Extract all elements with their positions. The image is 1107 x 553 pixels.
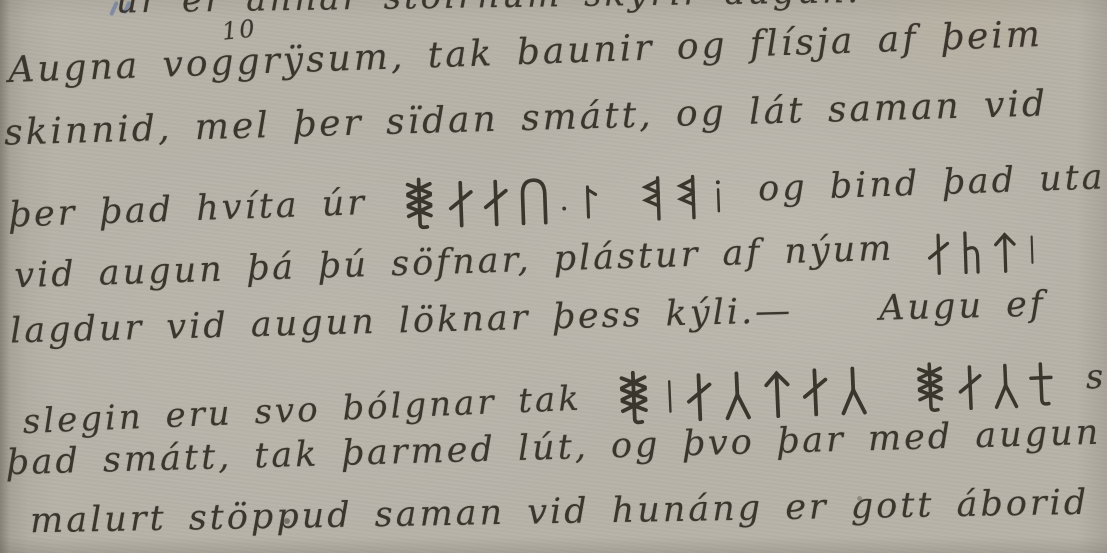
rune-ar-icon [477, 173, 514, 228]
runic-cipher-word [608, 359, 874, 426]
handwritten-text: Augna voggrÿsum, tak baunir og flísja af… [8, 14, 1044, 91]
runic-cipher-word [394, 170, 603, 231]
text-gap [816, 320, 880, 322]
rune-iflag-icon [572, 170, 603, 225]
handwritten-text: lagdur vid augun löknar þess kýli.— [10, 291, 794, 351]
rune-flag2-icon [670, 170, 707, 221]
rune-ar-icon [952, 359, 988, 412]
manuscript-line: ur er annar stöirnum skyrir augun.— [116, 0, 899, 21]
rune-idot-icon [705, 169, 731, 220]
runic-cipher-word [922, 225, 1042, 277]
manuscript-line: malurt stöppud saman vid hunáng er gott … [30, 483, 1090, 541]
rune-ar-icon [922, 228, 954, 277]
runic-cipher-word [635, 169, 731, 222]
rune-legs-icon [832, 359, 874, 417]
rune-tree3-icon [394, 175, 444, 231]
rune-tyr-icon [756, 363, 798, 421]
handwritten-text: ur er annar stöirnum skyrir augun.— [116, 0, 899, 21]
rune-legs-icon [716, 364, 758, 422]
rune-ar-icon [796, 361, 834, 418]
runic-cipher-word [906, 356, 1059, 414]
handwritten-text: Augu ef [879, 284, 1047, 328]
rune-itall-icon [657, 367, 682, 424]
handwritten-text: skinnid, mel þer sïdan smátt, og lát sam… [4, 83, 1049, 153]
rune-flag2-icon [635, 171, 672, 222]
manuscript-line: lagdur vid augun löknar þess kýli.— Augu… [10, 284, 1047, 351]
handwritten-text: malurt stöppud saman vid hunáng er gott … [30, 483, 1090, 541]
manuscript-page: 10 ur er annar stöirnum skyrir augun.— A… [0, 0, 1107, 553]
rune-dot-icon [553, 171, 574, 226]
rune-tyr-icon [987, 226, 1022, 275]
manuscript-line: skinnid, mel þer sïdan smátt, og lát sam… [4, 83, 1049, 153]
rune-itall-icon [1021, 225, 1042, 274]
rune-ur-icon [512, 172, 555, 227]
handwritten-text: þer þad hvíta úr [8, 183, 368, 235]
rune-pluscurl-icon [1023, 356, 1059, 409]
handwritten-text: skèr [1085, 354, 1107, 398]
rune-tree3-icon [906, 360, 954, 414]
rune-ar-icon [680, 366, 718, 423]
rune-hook-icon [953, 227, 988, 276]
rune-ar-icon [442, 174, 479, 229]
rune-tree3-icon [608, 368, 659, 426]
handwritten-text: vid augun þá þú söfnar, plástur af nýum [14, 229, 895, 297]
handwritten-text: og bind þad utan [757, 156, 1107, 209]
manuscript-line: Augna voggrÿsum, tak baunir og flísja af… [8, 14, 1044, 91]
rune-legs-icon [986, 357, 1025, 411]
